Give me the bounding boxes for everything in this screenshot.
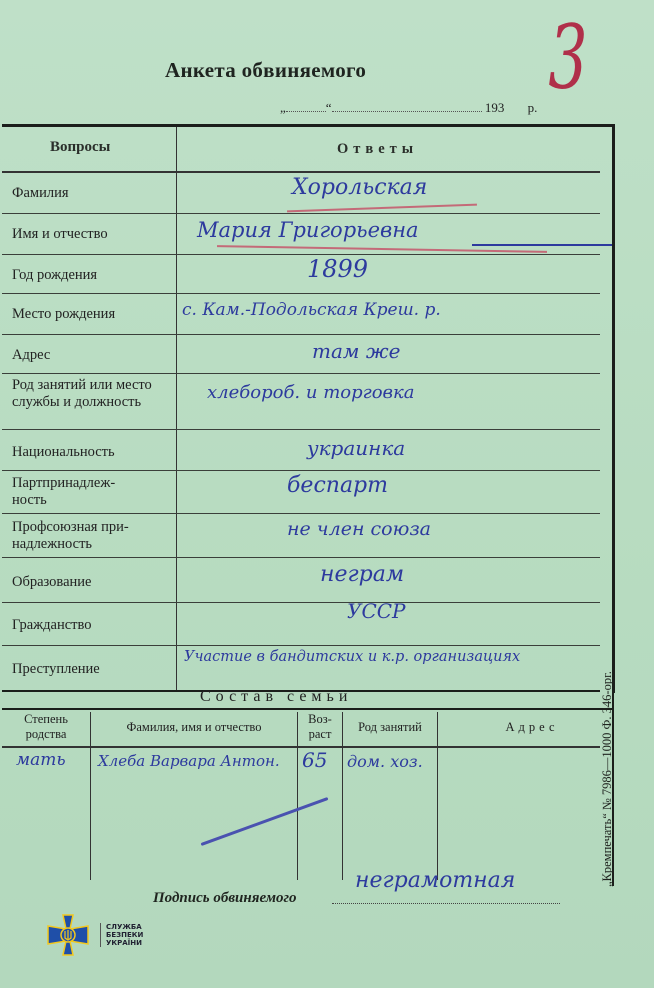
watermark-line: УКРАЇНИ [106, 939, 143, 947]
red-underline [217, 245, 547, 253]
field-row-party: Партпринадлеж-ность беспарт [2, 471, 600, 514]
form-title: Анкета обвиняемого [165, 58, 366, 83]
field-label: Образование [12, 574, 91, 591]
watermark-text: СЛУЖБА БЕЗПЕКИ УКРАЇНИ [100, 923, 143, 947]
field-row-occupation: Род занятий или место службы и должность… [2, 374, 600, 430]
day-blank [286, 101, 326, 112]
year-suffix: р. [528, 100, 538, 115]
signature: неграмотная [355, 868, 515, 893]
field-answer: УССР [347, 599, 406, 623]
field-label: Имя и отчество [12, 226, 108, 243]
document-page: Анкета обвиняемого 3 „“ 193 р. Вопросы О… [0, 0, 654, 988]
field-row-name: Имя и отчество Мария Григорьевна [2, 214, 600, 255]
family-section-title: Состав семьи [200, 688, 352, 706]
column-divider [437, 712, 438, 880]
column-divider [342, 712, 343, 880]
field-answer: беспарт [287, 473, 388, 498]
header-answers: Ответы [337, 141, 418, 158]
family-table: Степень родства Фамилия, имя и отчество … [2, 708, 613, 890]
field-row-surname: Фамилия Хорольская [2, 173, 600, 214]
family-name: Хлеба Варвара Антон. [98, 752, 280, 770]
column-header-name: Фамилия, имя и отчество [94, 720, 294, 735]
field-answer: Участие в бандитских и к.р. организациях [184, 648, 594, 666]
field-answer: с. Кам.-Подольская Креш. р. [182, 300, 441, 320]
family-occupation: дом. хоз. [347, 752, 423, 771]
field-label: Национальность [12, 444, 115, 461]
field-label: Род занятий или место службы и должность [12, 377, 172, 411]
field-answer: 1899 [307, 255, 368, 283]
field-label: Место рождения [12, 306, 115, 323]
column-divider [90, 712, 91, 880]
field-answer: украинка [307, 436, 405, 460]
field-label: Партпринадлеж-ность [12, 475, 142, 509]
column-header-address: Адрес [472, 720, 592, 735]
field-label: Гражданство [12, 617, 92, 634]
field-answer: хлебороб. и торговка [207, 382, 415, 403]
field-label: Адрес [12, 347, 50, 364]
field-row-nationality: Национальность украинка [2, 430, 600, 471]
field-answer: Мария Григорьевна [197, 218, 419, 242]
field-answer: там же [312, 339, 400, 363]
field-row-birth-year: Год рождения 1899 [2, 255, 600, 294]
year-prefix: 193 [485, 100, 505, 115]
family-age: 65 [302, 748, 327, 772]
signature-label: Подпись обвиняемого [153, 890, 297, 907]
column-divider [297, 712, 298, 880]
column-header-occupation: Род занятий [345, 720, 435, 735]
field-row-education: Образование неграм [2, 558, 600, 603]
field-row-union: Профсоюзная при-надлежность не член союз… [2, 514, 600, 558]
watermark-line: БЕЗПЕКИ [106, 931, 143, 939]
page-number-handwritten: 3 [548, 14, 587, 102]
table-header: Вопросы Ответы [2, 127, 600, 173]
field-label: Год рождения [12, 267, 97, 284]
strike-line [201, 797, 329, 846]
sbu-emblem-icon [46, 913, 90, 957]
watermark-line: СЛУЖБА [106, 923, 143, 931]
field-row-birthplace: Место рождения с. Кам.-Подольская Креш. … [2, 294, 600, 335]
field-label: Преступление [12, 661, 100, 678]
family-header-divider [2, 746, 600, 748]
field-answer: не член союза [287, 518, 431, 540]
field-answer: Хорольская [292, 175, 427, 200]
blue-stroke [472, 244, 612, 246]
printer-mark: „Кремпечать“ № 7986—1000 Ф. 346-орг. [600, 627, 615, 887]
month-blank [332, 101, 482, 112]
signature-line [332, 903, 560, 904]
field-row-citizenship: Гражданство УССР [2, 603, 600, 646]
field-answer: неграм [320, 562, 404, 587]
field-row-address: Адрес там же [2, 335, 600, 374]
questionnaire-table: Вопросы Ответы Фамилия Хорольская Имя и … [2, 124, 615, 693]
field-row-crime: Преступление Участие в бандитских и к.р.… [2, 646, 600, 692]
family-relation: мать [16, 750, 66, 770]
field-label: Профсоюзная при-надлежность [12, 519, 162, 553]
column-header-relation: Степень родства [6, 712, 86, 742]
field-label: Фамилия [12, 185, 69, 202]
column-header-age: Воз-раст [300, 712, 340, 742]
date-line: „“ 193 р. [280, 100, 537, 116]
header-questions: Вопросы [50, 139, 110, 156]
red-underline [287, 204, 477, 213]
